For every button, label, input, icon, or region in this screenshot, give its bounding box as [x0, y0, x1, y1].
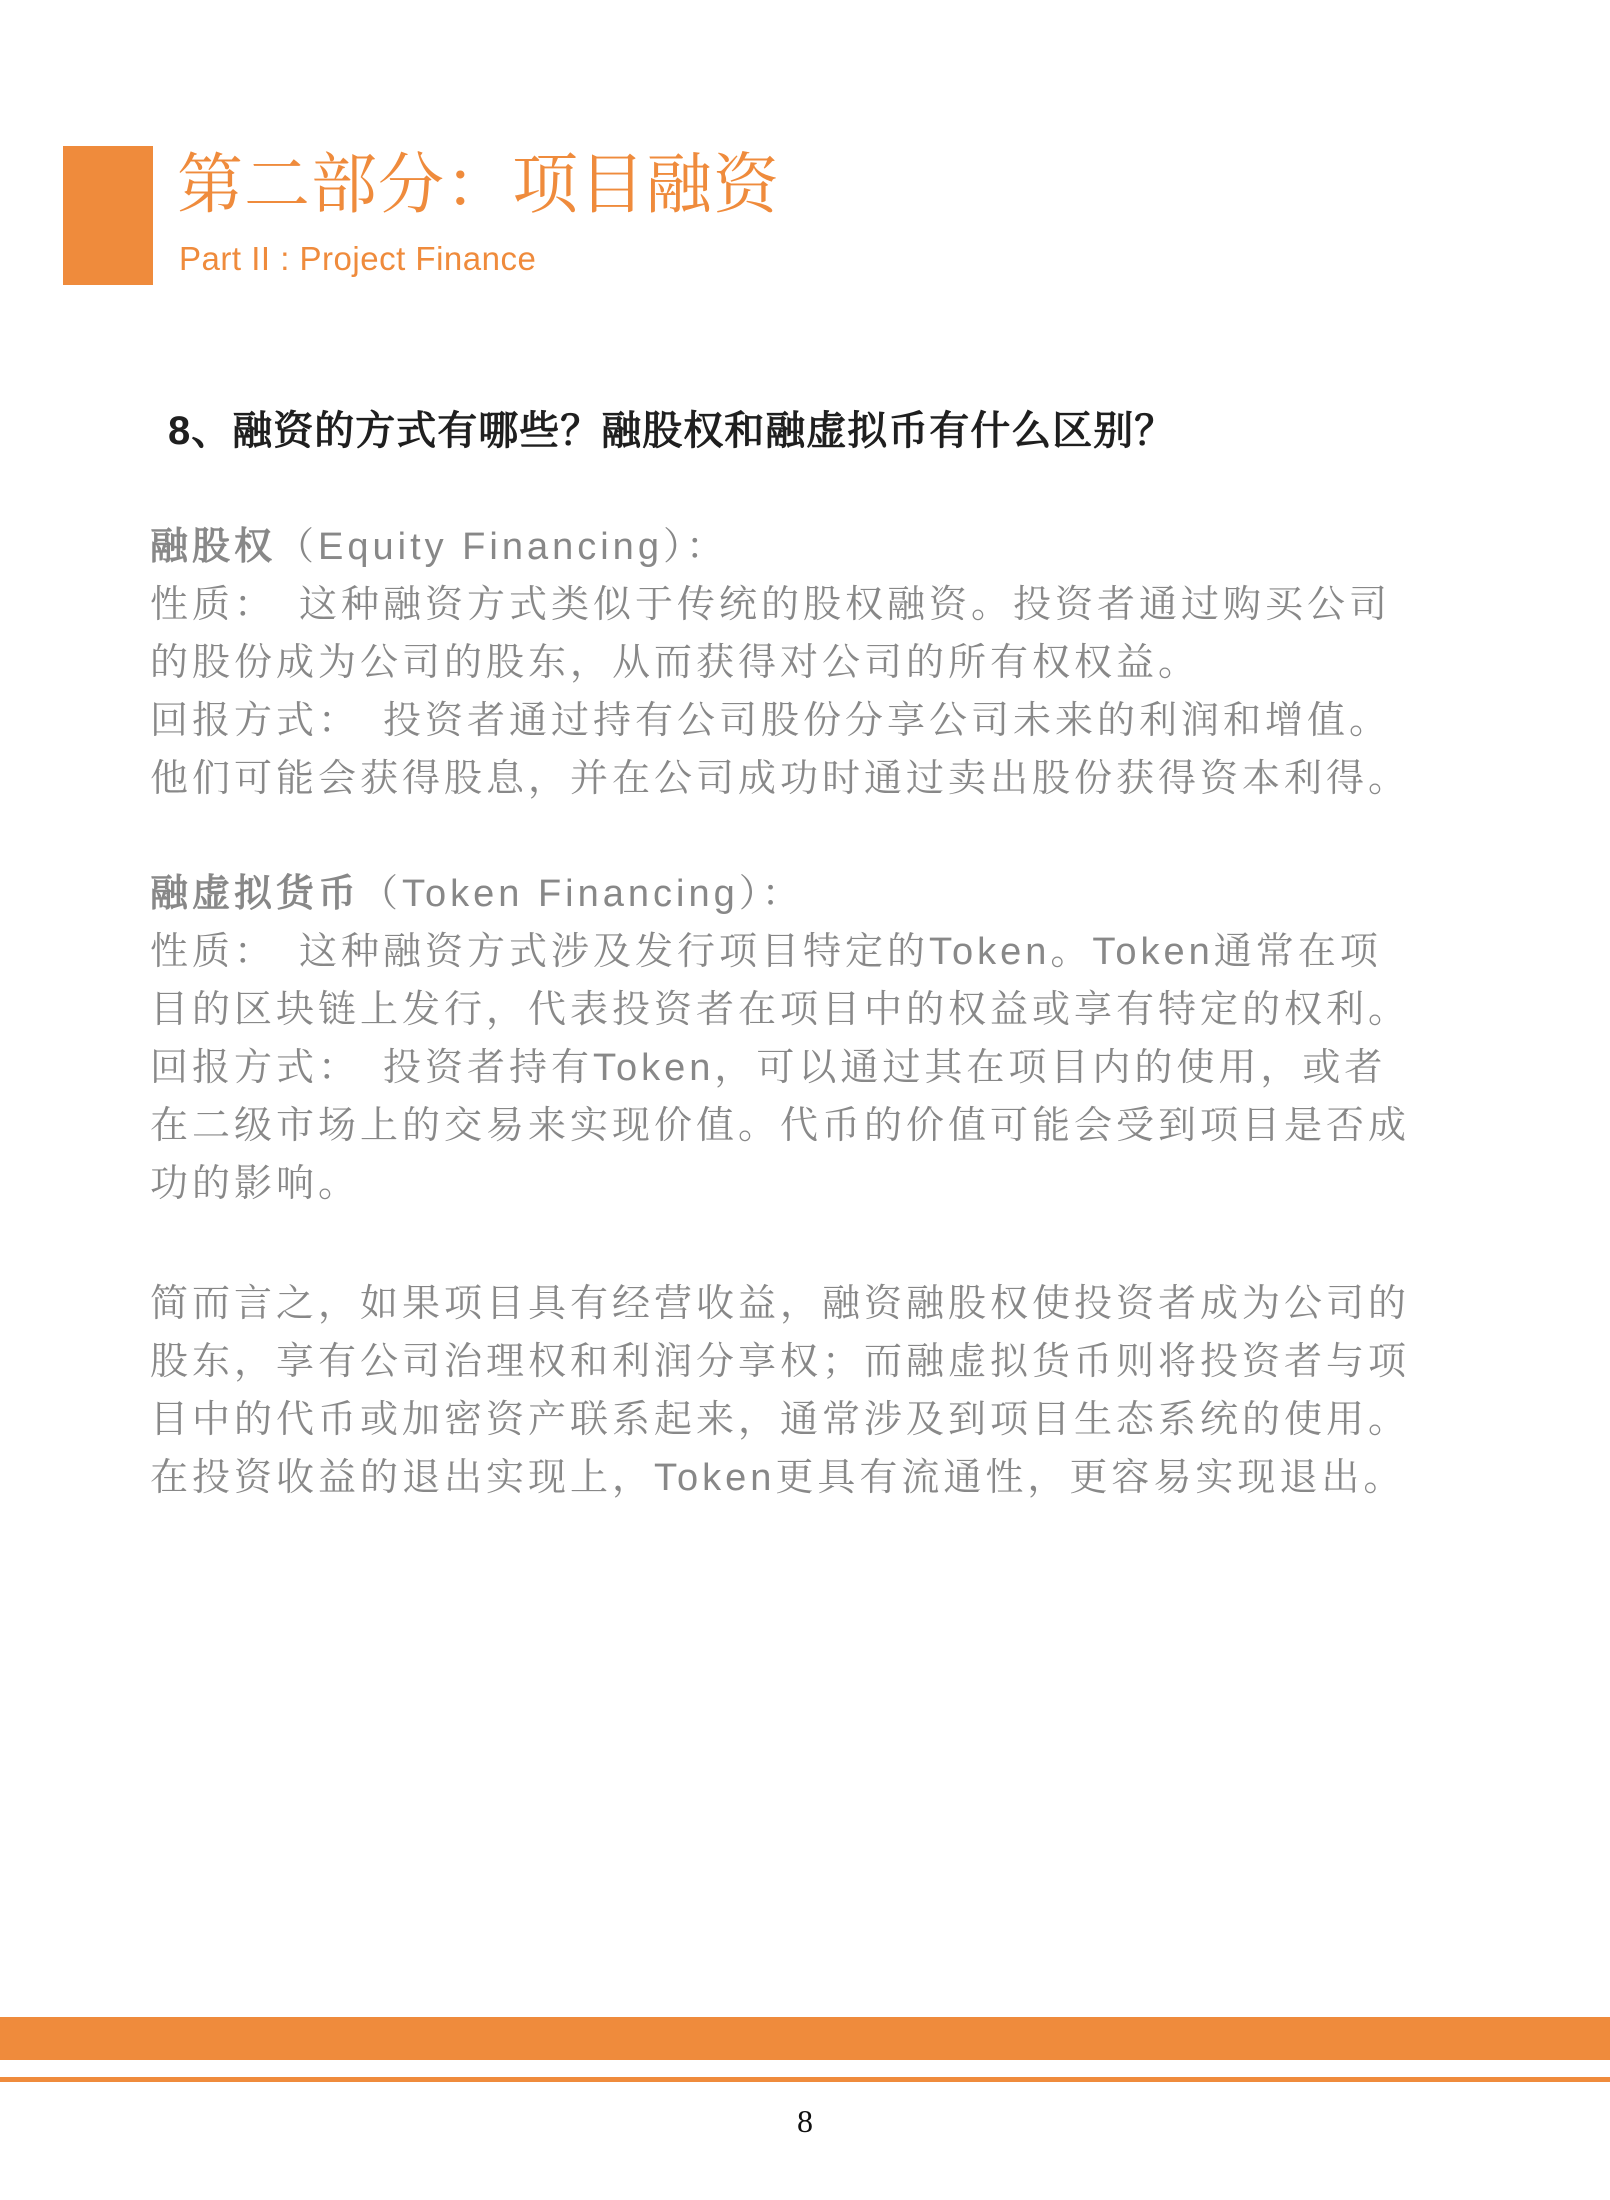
document-page: 第二部分：项目融资 Part II : Project Finance 8、融资… — [0, 0, 1610, 2200]
paragraph-equity-financing: 融股权（Equity Financing）： 性质： 这种融资方式类似于传统的股… — [150, 518, 1490, 808]
body-text-line: 的股份成为公司的股东，从而获得对公司的所有权权益。 — [150, 634, 1490, 692]
body-text-line: 简而言之，如果项目具有经营收益，融资融股权使投资者成为公司的 — [150, 1275, 1490, 1333]
body-text-line: 回报方式： 投资者通过持有公司股份分享公司未来的利润和增值。 — [150, 692, 1490, 750]
lead-term-translation: （Equity Financing）： — [276, 526, 728, 568]
paragraph-token-financing: 融虚拟货币（Token Financing）： 性质： 这种融资方式涉及发行项目… — [150, 865, 1490, 1213]
paragraph-summary: 简而言之，如果项目具有经营收益，融资融股权使投资者成为公司的 股东，享有公司治理… — [150, 1275, 1490, 1507]
paragraph-lead-line: 融虚拟货币（Token Financing）： — [150, 865, 1490, 923]
body-text-line: 功的影响。 — [150, 1155, 1490, 1213]
lead-term: 融虚拟货币 — [150, 873, 360, 915]
body-text-line: 在投资收益的退出实现上，Token更具有流通性，更容易实现退出。 — [150, 1449, 1490, 1507]
body-text-line: 在二级市场上的交易来实现价值。代币的价值可能会受到项目是否成 — [150, 1097, 1490, 1155]
body-text-line: 目的区块链上发行，代表投资者在项目中的权益或享有特定的权利。 — [150, 981, 1490, 1039]
body-text-line: 股东，享有公司治理权和利润分享权；而融虚拟货币则将投资者与项 — [150, 1333, 1490, 1391]
body-text-line: 目中的代币或加密资产联系起来，通常涉及到项目生态系统的使用。 — [150, 1391, 1490, 1449]
paragraph-lead-line: 融股权（Equity Financing）： — [150, 518, 1490, 576]
section-subtitle: Part II : Project Finance — [179, 241, 536, 277]
body-text-line: 性质： 这种融资方式类似于传统的股权融资。投资者通过购买公司 — [150, 576, 1490, 634]
lead-term: 融股权 — [150, 526, 276, 568]
body-text-line: 性质： 这种融资方式涉及发行项目特定的Token。Token通常在项 — [150, 923, 1490, 981]
footer-accent-bar — [0, 2017, 1610, 2060]
lead-term-translation: （Token Financing）： — [360, 873, 804, 915]
question-heading: 8、融资的方式有哪些？融股权和融虚拟币有什么区别？ — [168, 408, 1488, 454]
footer-rule — [0, 2077, 1610, 2082]
accent-square — [63, 146, 153, 285]
page-number: 8 — [0, 2104, 1610, 2139]
body-text-line: 他们可能会获得股息，并在公司成功时通过卖出股份获得资本利得。 — [150, 750, 1490, 808]
body-text-line: 回报方式： 投资者持有Token，可以通过其在项目内的使用，或者 — [150, 1039, 1490, 1097]
section-title: 第二部分：项目融资 — [177, 150, 780, 219]
